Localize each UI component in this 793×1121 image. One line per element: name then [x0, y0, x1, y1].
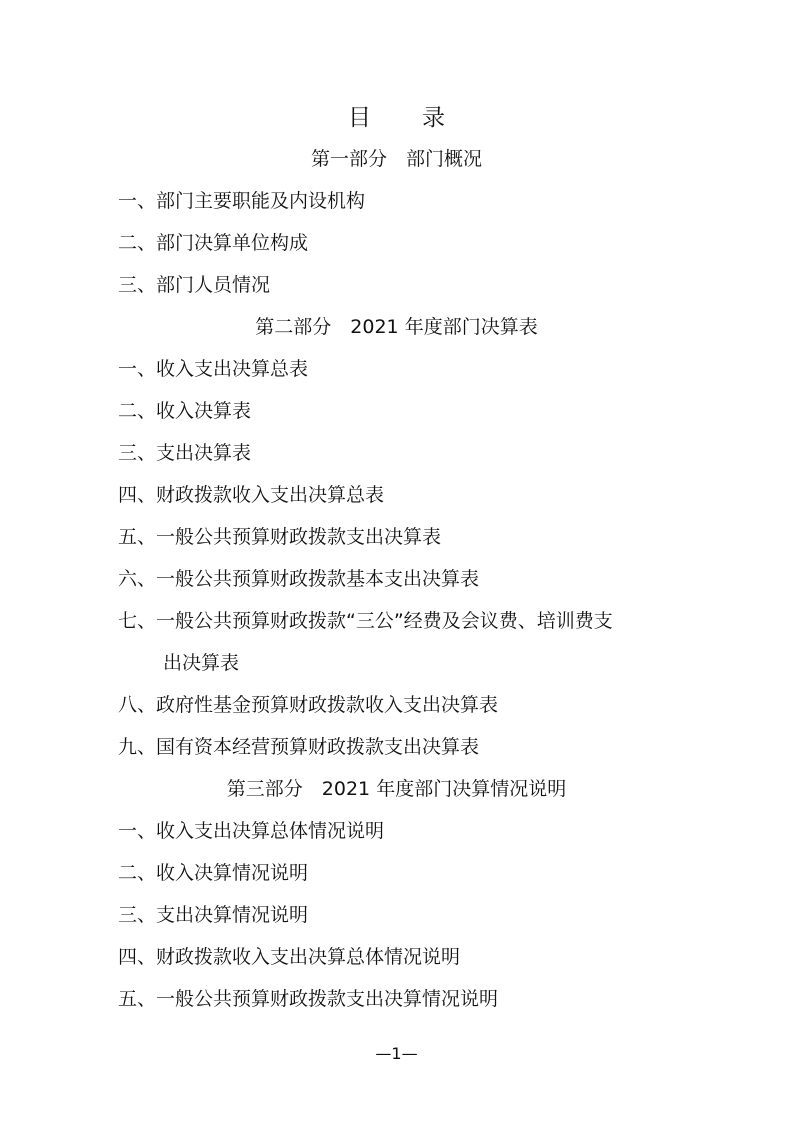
- toc-entry[interactable]: 七、一般公共预算财政拨款“三公”经费及会议费、培训费支: [118, 606, 613, 636]
- toc-entry-continuation[interactable]: 出决算表: [163, 648, 239, 678]
- toc-entry[interactable]: 九、国有资本经营预算财政拨款支出决算表: [118, 732, 479, 762]
- toc-entry[interactable]: 一、收入支出决算总体情况说明: [118, 816, 384, 846]
- page-number: —1—: [0, 1042, 793, 1066]
- toc-page: 目 录 第一部分 部门概况 一、部门主要职能及内设机构 二、部门决算单位构成 三…: [0, 0, 793, 1121]
- toc-entry[interactable]: 五、一般公共预算财政拨款支出决算表: [118, 522, 441, 552]
- toc-entry[interactable]: 四、财政拨款收入支出决算总表: [118, 480, 384, 510]
- toc-entry[interactable]: 二、部门决算单位构成: [118, 228, 308, 258]
- toc-entry[interactable]: 六、一般公共预算财政拨款基本支出决算表: [118, 564, 479, 594]
- part-2-heading: 第二部分 2021 年度部门决算表: [0, 312, 793, 342]
- toc-entry[interactable]: 一、部门主要职能及内设机构: [118, 186, 365, 216]
- toc-entry[interactable]: 三、支出决算表: [118, 438, 251, 468]
- toc-title: 目 录: [0, 100, 793, 136]
- toc-entry[interactable]: 五、一般公共预算财政拨款支出决算情况说明: [118, 984, 498, 1014]
- toc-entry[interactable]: 二、收入决算表: [118, 396, 251, 426]
- toc-entry[interactable]: 三、支出决算情况说明: [118, 900, 308, 930]
- toc-entry[interactable]: 二、收入决算情况说明: [118, 858, 308, 888]
- toc-entry[interactable]: 一、收入支出决算总表: [118, 354, 308, 384]
- toc-entry[interactable]: 八、政府性基金预算财政拨款收入支出决算表: [118, 690, 498, 720]
- part-1-heading: 第一部分 部门概况: [0, 144, 793, 174]
- toc-entry[interactable]: 三、部门人员情况: [118, 270, 270, 300]
- toc-entry[interactable]: 四、财政拨款收入支出决算总体情况说明: [118, 942, 460, 972]
- part-3-heading: 第三部分 2021 年度部门决算情况说明: [0, 774, 793, 804]
